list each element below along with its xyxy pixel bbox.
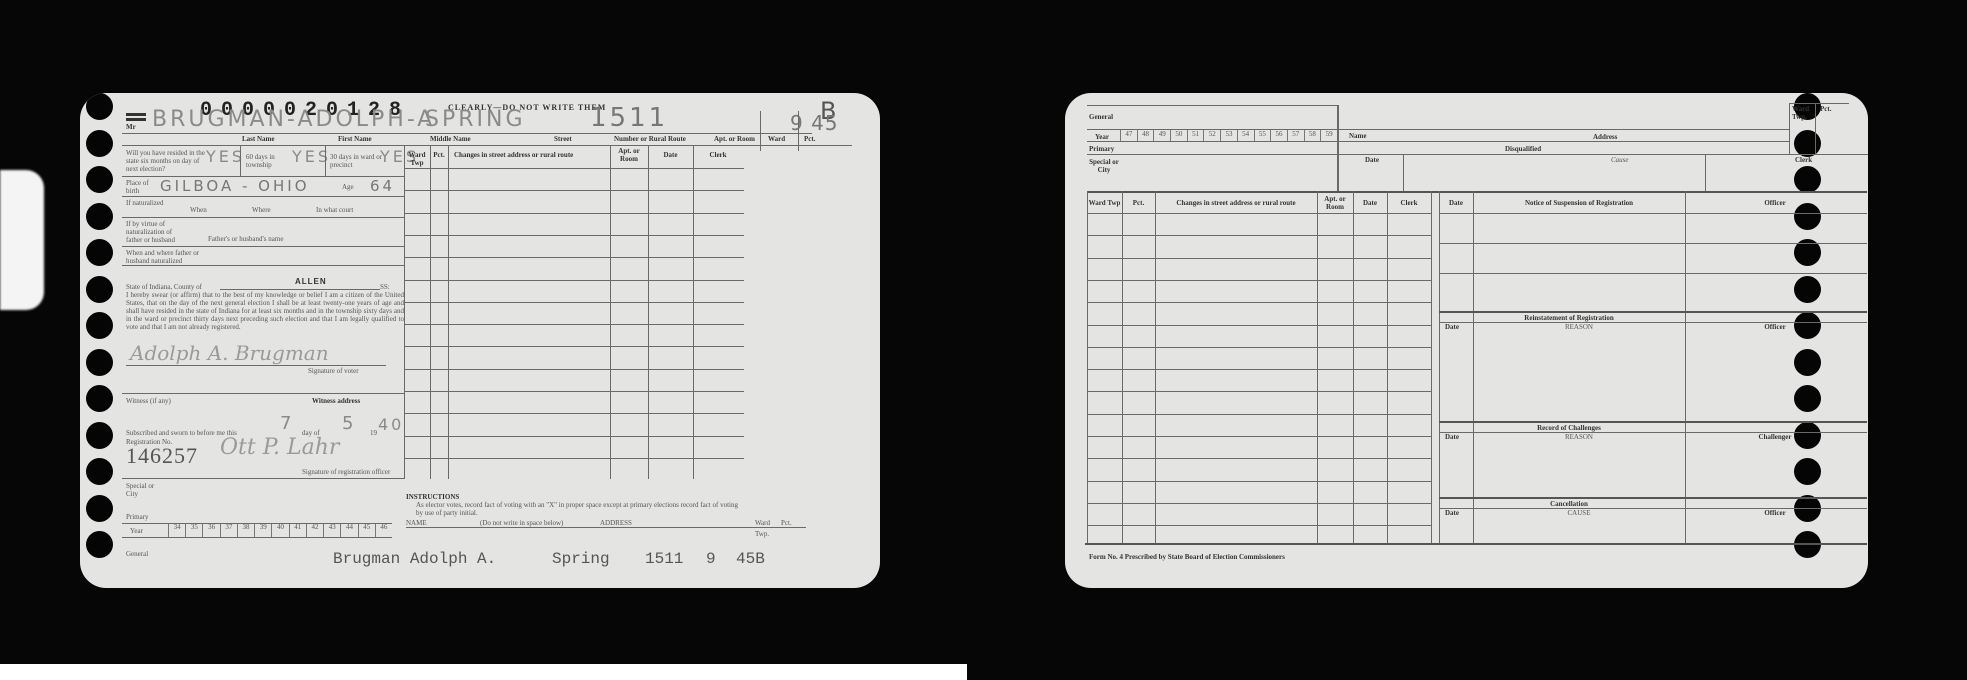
registration-number: 146257 [126,443,198,469]
footer-pct-label: Pct. [781,519,792,527]
label-pct: Pct. [804,135,815,143]
footer-address-label: ADDRESS [600,519,632,527]
cancellation-header-cause: CAUSE [1473,509,1685,517]
oath-ss: SS: [380,283,390,291]
birth-place-value: GILBOA - OHIO [160,177,310,195]
year-cell: 36 [202,523,219,537]
back-history-primary: Primary [1089,145,1114,153]
back-date-label: Date [1365,156,1379,164]
changes-header-address: Changes in street address or rural route [454,151,610,159]
footer-no-write: (Do not write in space below) [480,519,563,527]
table-row-line [404,235,744,236]
table-row-line [404,369,744,370]
typed-name: Brugman Adolph A. [333,550,496,568]
table-row-line [1087,302,1431,303]
voter-signature-label: Signature of voter [308,367,359,375]
age-value: 64 [370,177,395,195]
challenges-header-date: Date [1445,433,1459,441]
registration-card-front: 0000020128 CLEARLY—DO NOT WRITE THEM B M… [80,93,880,588]
back-cause-label: Cause [1611,156,1629,164]
reinstatement-title: Reinstatement of Registration [1439,314,1699,322]
back-changes-header-date: Date [1353,199,1387,207]
punch-hole [86,385,113,412]
form-footer: Form No. 4 Prescribed by State Board of … [1089,553,1285,561]
punch-hole [1794,349,1821,376]
year-cell: 54 [1237,130,1254,141]
registration-card-back: General Year Primary Special or City 474… [1065,93,1868,588]
punch-hole [86,239,113,266]
table-row-line [1087,213,1431,214]
year-cell: 41 [289,523,306,537]
changes-header-pct: Pct. [430,151,448,159]
table-row-line [404,436,744,437]
typed-number: 1511 [645,550,683,568]
table-row-line [404,257,744,258]
typed-street: Spring [552,550,610,568]
subscribed-year: 40 [378,415,404,434]
suspension-header-notice: Notice of Suspension of Registration [1473,199,1685,207]
witness-address-label: Witness address [312,397,360,405]
punch-hole [86,276,113,303]
table-row-line [1439,273,1867,274]
back-ward-twp-label: Ward Twp. [1792,105,1814,121]
reinstatement-header-date: Date [1445,323,1459,331]
father-husband-name-label: Father's or husband's name [208,235,283,243]
back-changes-header-clerk: Clerk [1387,199,1431,207]
table-row-line [1087,414,1431,415]
reinstatement-header-officer: Officer [1685,323,1865,331]
instructions-text: As elector votes, record fact of voting … [416,501,746,517]
table-row-line [1087,235,1431,236]
year-cell: 58 [1304,130,1321,141]
challenges-header-challenger: Challenger [1685,433,1865,441]
table-row-line [1087,325,1431,326]
year-cell: 56 [1270,130,1287,141]
label-ward: Ward [768,135,785,143]
table-row-line [1087,391,1431,392]
punch-hole [86,458,113,485]
back-disqualified-label: Disqualified [1505,145,1541,153]
table-row-line [1087,280,1431,281]
oath-state-line: State of Indiana, County of [126,283,202,291]
year-cell: 42 [306,523,323,537]
table-row-line [404,280,744,281]
punch-hole [1794,385,1821,412]
oath-county: ALLEN [295,277,327,286]
suspension-header-date: Date [1439,199,1473,207]
year-cell: 38 [237,523,254,537]
year-cell: 46 [375,523,392,537]
footer-ward-label: Ward [755,519,770,527]
punch-hole [1794,130,1821,157]
typed-pct: 45B [736,550,765,568]
history-general: General [126,550,148,558]
table-row-line [404,413,744,414]
birth-label: Place of birth [126,179,156,195]
punch-hole [1794,458,1821,485]
typed-ward: 9 [706,550,716,568]
table-row-line [1087,481,1431,482]
table-row-line [404,213,744,214]
label-street: Street [554,135,572,143]
scan-margin [0,664,967,680]
table-row-line [404,458,744,459]
back-address-label: Address [1593,133,1617,141]
year-cell: 51 [1187,130,1204,141]
year-cell: 49 [1153,130,1170,141]
challenges-title: Record of Challenges [1439,424,1699,432]
year-cell: 43 [323,523,340,537]
label-apt: Apt. or Room [714,135,755,143]
punch-hole [86,130,113,157]
age-label: Age [342,183,354,191]
state-residence-question: Will you have resided in the state six m… [126,149,206,173]
year-cell: 50 [1170,130,1187,141]
witness-label: Witness (if any) [126,397,171,405]
punch-hole [86,422,113,449]
punch-hole [86,203,113,230]
father-husband-when-where: When and where father or husband natural… [126,249,216,265]
table-row-line [1087,458,1431,459]
father-husband-label: If by virtue of naturalization of father… [126,220,190,244]
year-cell: 37 [220,523,237,537]
table-row-line [404,302,744,303]
table-row-line [404,190,744,191]
year-cell: 44 [340,523,357,537]
back-clerk-label: Clerk [1795,156,1812,164]
township-question: 60 days in township [246,153,296,169]
table-row-line [1087,369,1431,370]
year-cell: 34 [168,523,185,537]
label-first-name: First Name [338,135,372,143]
naturalized-when: When [190,206,207,214]
naturalized-court: In what court [316,206,353,214]
challenges-header-reason: REASON [1473,433,1685,441]
table-row-line [1087,503,1431,504]
year-cell: 53 [1220,130,1237,141]
table-row-line [404,391,744,392]
year-cell: 35 [185,523,202,537]
back-changes-header-apt: Apt. or Room [1317,195,1353,211]
year-cell: 40 [271,523,288,537]
cancellation-title: Cancellation [1439,500,1699,508]
back-pct-label: Pct. [1820,105,1831,113]
label-last-name: Last Name [242,135,274,143]
back-changes-header-ward: Ward Twp [1087,199,1122,207]
instructions-title: INSTRUCTIONS [406,493,459,501]
table-row-line [404,324,744,325]
year-cell: 48 [1137,130,1154,141]
changes-header-clerk: Clerk [693,151,743,159]
cancellation-header-officer: Officer [1685,509,1865,517]
naturalized-where: Where [252,206,271,214]
officer-signature: Ott P. Lahr [220,435,339,460]
punch-hole [86,166,113,193]
naturalized-label: If naturalized [126,199,170,207]
table-row-line [1087,436,1431,437]
oath-text: I hereby swear (or affirm) that to the b… [126,291,404,331]
history-special-city: Special or City [126,482,156,498]
subscribed-month: 5 [342,413,356,434]
history-year: Year [130,527,143,535]
year-cell: 57 [1287,130,1304,141]
table-row-line [1439,243,1867,244]
handwritten-street: SPRING [425,107,526,132]
punch-hole [1794,276,1821,303]
table-row-line [404,168,744,169]
year-cell: 45 [358,523,375,537]
year-cell: 52 [1203,130,1220,141]
history-primary: Primary [126,513,149,521]
subscribed-year-prefix: 19 [370,429,377,437]
reinstatement-header-reason: REASON [1473,323,1685,331]
year-cell: 39 [254,523,271,537]
handwritten-number: 1511 [590,103,668,133]
film-glare [0,170,44,310]
footer-name-label: NAME [406,519,427,527]
changes-header-date: Date [648,151,693,159]
back-name-label: Name [1349,132,1367,140]
label-number: Number or Rural Route [614,135,686,143]
footer-twp-label: Twp. [755,530,769,538]
year-cell: 59 [1320,130,1337,141]
table-row-line [1087,525,1431,526]
voter-signature: Adolph A. Brugman [130,341,329,365]
punch-hole [86,531,113,558]
table-row-line [1439,213,1867,214]
cancellation-header-date: Date [1445,509,1459,517]
subscribed-day: 7 [280,413,294,434]
table-row-line [1087,347,1431,348]
punch-hole [86,495,113,522]
year-cell: 55 [1254,130,1271,141]
officer-signature-label: Signature of registration officer [302,468,390,476]
name-prefix-label: Mr [126,113,146,131]
table-row-line [404,346,744,347]
punch-hole [86,349,113,376]
back-history-special-city: Special or City [1089,158,1119,174]
punch-hole [1794,166,1821,193]
punch-hole [86,312,113,339]
back-history-year: Year [1095,133,1109,141]
label-middle-name: Middle Name [430,135,471,143]
back-changes-header-address: Changes in street address or rural route [1155,199,1317,207]
handwritten-name: BRUGMAN-ADOLPH-A [152,107,435,132]
year-cell: 47 [1120,130,1137,141]
changes-header-apt: Apt. or Room [610,147,648,163]
punch-hole [86,93,113,120]
changes-header-ward: Ward Twp [404,151,430,167]
table-row-line [1087,258,1431,259]
suspension-header-officer: Officer [1685,199,1865,207]
back-history-general: General [1089,113,1113,121]
back-changes-header-pct: Pct. [1122,199,1155,207]
